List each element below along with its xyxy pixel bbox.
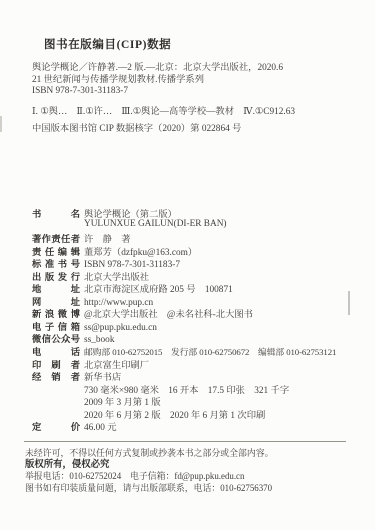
info-row-price: 定价 46.00 元 — [32, 419, 370, 432]
info-row-pinyin: YULUNXUE GAILUN(DI-ER BAN) — [32, 219, 370, 232]
info-label: 经销者 — [32, 369, 80, 383]
no-copy-notice-line: 未经许可，不得以任何方式复制或抄袭本书之部分或全部内容。 — [25, 448, 355, 460]
cip-isbn-line: ISBN 978-7-301-31183-7 — [32, 86, 362, 98]
report-contact-line: 举报电话：010-62752024 电子信箱：fd@pup.pku.edu.cn — [25, 471, 355, 483]
divider-rule — [24, 441, 346, 442]
info-value: YULUNXUE GAILUN(DI-ER BAN) — [84, 219, 227, 229]
info-row-wechat: 微信公众号 ss_book — [32, 331, 370, 344]
info-row-email: 电子信箱 ss@pup.pku.edu.cn — [32, 319, 370, 332]
info-row-phone: 电话 邮购部 010-62752015 发行部 010-62750672 编辑部… — [32, 344, 370, 357]
info-value: ss_book — [84, 335, 114, 345]
cip-series-line: 21 世纪新闻与传播学规划教材.传播学系列 — [32, 75, 362, 87]
copyright-page: 图书在版编目(CIP)数据 舆论学概论／许静著.—2 版.—北京：北京大学出版社… — [0, 0, 375, 530]
copyright-notice-block: 未经许可，不得以任何方式复制或抄袭本书之部分或全部内容。 版权所有，侵权必究 举… — [25, 448, 355, 494]
info-row-isbn: 标准书号 ISBN 978-7-301-31183-7 — [32, 256, 370, 269]
info-value: 北京市海淀区成府路 205 号 100871 — [84, 281, 233, 295]
info-row-first-edition: 2009 年 3 月第 1 版 — [32, 394, 370, 407]
info-row-second-edition: 2020 年 6 月第 2 版 2020 年 6 月第 1 次印刷 — [32, 407, 370, 420]
cip-header: 图书在版编目(CIP)数据 — [44, 36, 362, 52]
info-row-weibo: 新浪微博 @北京大学出版社 @未名社科-北大图书 — [32, 306, 370, 319]
cip-block: 图书在版编目(CIP)数据 舆论学概论／许静著.—2 版.—北京：北京大学出版社… — [32, 36, 362, 136]
scan-artifact-left-edge — [0, 116, 2, 132]
info-row-author: 著作责任者 许 静 著 — [32, 231, 370, 244]
info-label: 定价 — [32, 419, 80, 433]
info-value: 46.00 元 — [84, 419, 117, 433]
cip-bibliographic-line: 舆论学概论／许静著.—2 版.—北京：北京大学出版社，2020.6 — [32, 63, 362, 75]
info-row-distributor: 经销者 新华书店 — [32, 369, 370, 382]
info-row-printer: 印刷者 北京富生印刷厂 — [32, 357, 370, 370]
info-value: 董郑芳（dzfpku@163.com） — [84, 244, 197, 258]
all-rights-reserved-line: 版权所有，侵权必究 — [25, 460, 355, 472]
info-row-publisher: 出版发行 北京大学出版社 — [32, 269, 370, 282]
cip-record-number-line: 中国版本图书馆 CIP 数据核字（2020）第 022864 号 — [32, 124, 362, 136]
info-row-address: 地址 北京市海淀区成府路 205 号 100871 — [32, 281, 370, 294]
info-row-website: 网址 http://www.pup.cn — [32, 294, 370, 307]
scan-artifact-right-edge — [348, 291, 350, 315]
info-row-format: 730 毫米×980 毫米 16 开本 17.5 印张 321 千字 — [32, 382, 370, 395]
quality-contact-line: 图书如有印装质量问题，请与出版部联系，电话：010-62756370 — [25, 483, 355, 495]
info-label: 书名 — [32, 206, 80, 220]
info-value: ss@pup.pku.edu.cn — [84, 323, 157, 333]
cip-classification-line: Ⅰ. ①舆… Ⅱ.①许… Ⅲ.①舆论—高等学校—教材 Ⅳ.①C912.63 — [32, 107, 362, 119]
info-value: @北京大学出版社 @未名社科-北大图书 — [84, 306, 253, 320]
info-row-title: 书名 舆论学概论（第二版） — [32, 206, 370, 219]
publication-info: 书名 舆论学概论（第二版） YULUNXUE GAILUN(DI-ER BAN)… — [32, 206, 370, 432]
info-row-editor: 责任编辑 董郑芳（dzfpku@163.com） — [32, 244, 370, 257]
